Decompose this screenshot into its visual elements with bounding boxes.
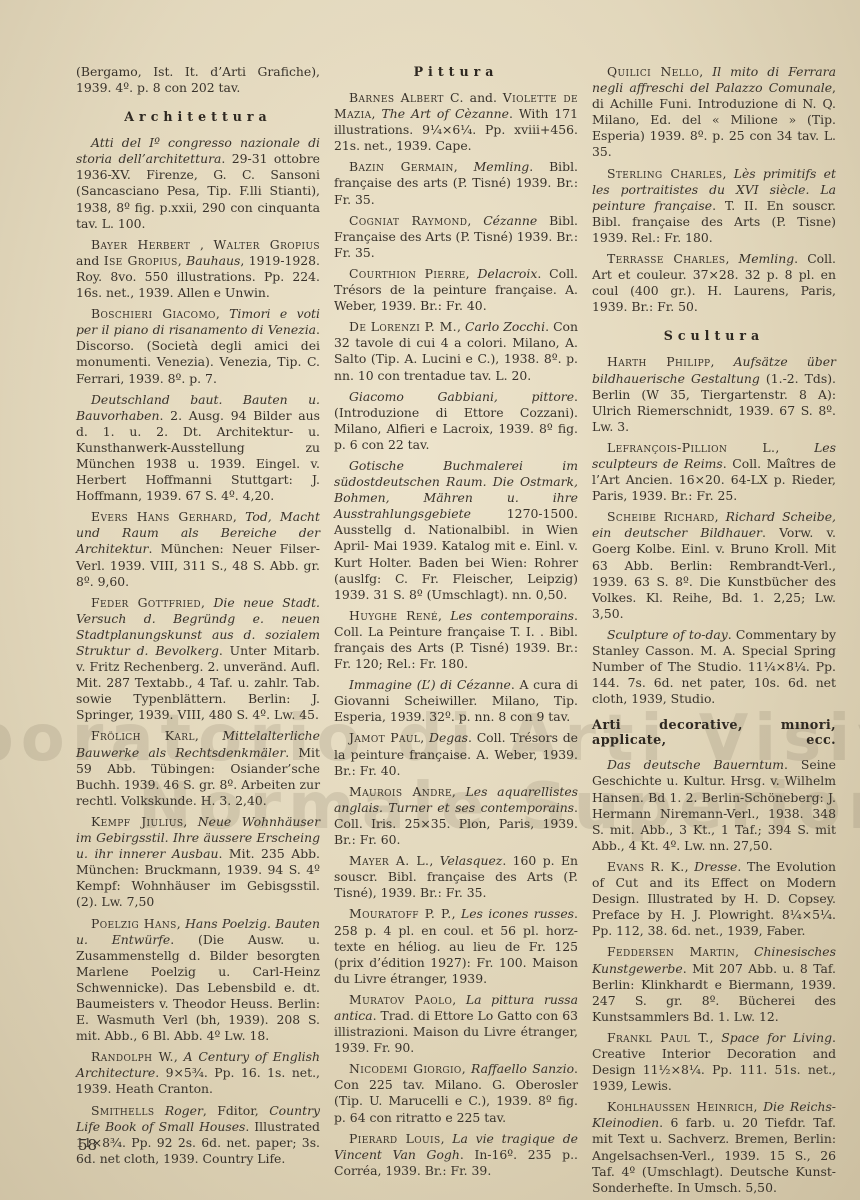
author-name: Evans R. K.: [607, 859, 685, 874]
work-title: Les contemporains: [450, 608, 574, 623]
bibliography-entry: Huyghe René, Les contemporains. Coll. La…: [334, 608, 578, 672]
bibliography-entry: Evans R. K., Dresse. The Evolution of Cu…: [592, 859, 836, 939]
bibliography-entry: Evers Hans Gerhard, Tod, Macht und Raum …: [76, 509, 320, 589]
author-name: Harth Philipp: [607, 354, 711, 369]
entry-text: ,: [699, 64, 712, 79]
subject-heading: Arti decorative, mınori, applicate, ecc.: [592, 718, 836, 748]
entry-text: ,: [201, 595, 213, 610]
entry-text: ,: [711, 354, 734, 369]
entry-text: ,: [709, 1030, 721, 1045]
entry-text: , Fditor,: [203, 1103, 269, 1118]
author-name: Bayer Herbert: [91, 237, 190, 252]
author-name: Barnes Albert C.: [349, 90, 464, 105]
author-name: Frölich Karl: [91, 728, 195, 743]
author-name: Terrasse Charles: [607, 251, 725, 266]
bibliography-entry: Pierard Louis, La vie tragique de Vincen…: [334, 1131, 578, 1179]
author-name: Smithells: [91, 1103, 154, 1118]
entry-text: ,: [715, 509, 726, 524]
author-name: Maurois Andre: [349, 784, 452, 799]
column-1: (Bergamo, Ist. It. d’Arti Grafiche), 193…: [76, 64, 320, 1200]
entry-text: ,: [216, 306, 229, 321]
bibliography-entry: Maurois Andre, Les aquarellistes anglais…: [334, 784, 578, 848]
entry-text: ,: [420, 730, 429, 745]
bibliography-entry: Nicodemi Giorgio, Raffaello Sanzio. Con …: [334, 1061, 578, 1125]
page-number: 58: [78, 1136, 97, 1154]
entry-text: ,: [722, 166, 733, 181]
entry-text: ,: [735, 944, 754, 959]
work-title: Memling: [739, 251, 795, 266]
entry-text: ,: [195, 728, 222, 743]
bibliography-entry: Courthion Pierre, Delacroix. Coll. Tréso…: [334, 266, 578, 314]
author-name: Quilici Nello: [607, 64, 699, 79]
work-title: Bauhaus: [186, 253, 240, 268]
bibliography-entry: Harth Philipp, Aufsätze über bildhaueris…: [592, 354, 836, 434]
bibliography-entry: Mayer A. L., Velasquez. 160 p. En souscr…: [334, 853, 578, 901]
entry-text: ,: [467, 213, 483, 228]
bibliography-entry: Deutschland baut. Bauten u. Bauvorhaben.…: [76, 392, 320, 505]
bibliography-entry: (Bergamo, Ist. It. d’Arti Grafiche), 193…: [76, 64, 320, 96]
author-name: Walter Gropius: [214, 237, 320, 252]
author-name: Poelzig Hans: [91, 916, 177, 931]
entry-text: and: [76, 253, 104, 268]
entry-text: ,: [233, 509, 245, 524]
author-name: Bazin Germain: [349, 159, 454, 174]
work-title: Dresse: [694, 859, 737, 874]
bibliography-entry: Das deutsche Bauerntum. Seine Geschichte…: [592, 757, 836, 854]
work-title: Sculpture of to-day: [607, 627, 728, 642]
author-name: Boschieri Giacomo: [91, 306, 216, 321]
bibliography-entry: Frankl Paul T., Space for Living. Creati…: [592, 1030, 836, 1094]
author-name: Jamot Paul: [349, 730, 420, 745]
bibliography-entry: Bazin Germain, Memling. Bibl. française …: [334, 159, 578, 207]
bibliography-entry: Atti del Iº congresso nazionale di stori…: [76, 135, 320, 232]
work-title: Raffaello Sanzio: [471, 1061, 574, 1076]
author-name: Kempf Jiulius: [91, 814, 183, 829]
entry-text: ,: [466, 266, 478, 281]
entry-text: ,: [452, 784, 466, 799]
work-title: Immagine (L’) di Cézanne: [349, 677, 511, 692]
bibliography-entry: Muratov Paolo, La pittura russa antica. …: [334, 992, 578, 1056]
entry-text: ,: [174, 1049, 184, 1064]
section-heading: Pittura: [334, 64, 578, 79]
bibliography-entry: Immagine (L’) di Cézanne. A cura di Giov…: [334, 677, 578, 725]
work-title: Roger: [165, 1103, 203, 1118]
author-name: Muratov Paolo: [349, 992, 452, 1007]
entry-text: ,: [457, 319, 465, 334]
entry-text: (Bergamo, Ist. It. d’Arti Grafiche), 193…: [76, 64, 320, 95]
entry-text: ,: [754, 1099, 764, 1114]
bibliography-entry: Lefrançois-Pillion L., Les sculpteurs de…: [592, 440, 836, 504]
section-heading: Scultura: [592, 328, 836, 343]
entry-text: [154, 1103, 164, 1118]
bibliography-entry: Quilici Nello, Il mito di Ferrara negli …: [592, 64, 836, 161]
bibliography-entry: Cogniat Raymond, Cézanne Bibl. Française…: [334, 213, 578, 261]
entry-text: ,: [372, 106, 382, 121]
column-3: Quilici Nello, Il mito di Ferrara negli …: [592, 64, 836, 1200]
author-name: Sterling Charles: [607, 166, 722, 181]
bibliography-entry: Terrasse Charles, Memling. Coll. Art et …: [592, 251, 836, 315]
work-title: Carlo Zocchi: [465, 319, 545, 334]
work-title: Das deutsche Bauerntum: [607, 757, 784, 772]
work-title: Cézanne: [483, 213, 537, 228]
entry-text: ,: [685, 859, 695, 874]
work-title: Space for Living: [721, 1030, 832, 1045]
author-name: Feder Gottfried: [91, 595, 201, 610]
entry-text: ,: [178, 253, 186, 268]
entry-text: ,: [183, 814, 197, 829]
author-name: Lefrançois-Pillion L.: [607, 440, 775, 455]
bibliography-entry: Smithells Roger, Fditor, Country Life Bo…: [76, 1103, 320, 1167]
author-name: De Lorenzi P. M.: [349, 319, 457, 334]
bibliography-entry: Randolph W., A Century of English Archit…: [76, 1049, 320, 1097]
bibliography-entry: Sterling Charles, Lès primitifs et les p…: [592, 166, 836, 246]
entry-text: ,: [454, 159, 474, 174]
entry-text: ,: [438, 608, 450, 623]
bibliography-entry: Sculpture of to-day. Commentary by Stanl…: [592, 627, 836, 707]
bibliography-entry: Barnes Albert C. and. Violette de Mazia,…: [334, 90, 578, 154]
author-name: Ise Gropius: [104, 253, 178, 268]
section-heading: Architettura: [76, 109, 320, 124]
author-name: Scheibe Richard: [607, 509, 715, 524]
work-title: The Art of Cèzanne: [381, 106, 509, 121]
entry-text: ,: [452, 992, 466, 1007]
author-name: Evers Hans Gerhard: [91, 509, 233, 524]
entry-text: ,: [775, 440, 814, 455]
work-title: Velasquez: [440, 853, 503, 868]
bibliography-entry: Gotische Buchmalerei im südostdeutschen …: [334, 458, 578, 603]
bibliography-entry: Scheibe Richard, Richard Scheibe, ein de…: [592, 509, 836, 622]
text-columns: (Bergamo, Ist. It. d’Arti Grafiche), 193…: [76, 64, 836, 1200]
bibliography-entry: Frölich Karl, Mittelalterliche Bauwerke …: [76, 728, 320, 808]
author-name: Huyghe René: [349, 608, 438, 623]
entry-text: ,: [462, 1061, 471, 1076]
entry-text: ,: [190, 237, 213, 252]
entry-text: ,: [441, 1131, 453, 1146]
author-name: Mayer A. L.: [349, 853, 429, 868]
entry-text: ,: [429, 853, 439, 868]
bibliography-entry: Feddersen Martin, Chinesisches Kunstgewe…: [592, 944, 836, 1024]
bibliography-entry: Jamot Paul, Degas. Coll. Trésors de la p…: [334, 730, 578, 778]
entry-text: ,: [177, 916, 185, 931]
work-title: Les icones russes: [461, 906, 574, 921]
entry-text: ,: [452, 906, 461, 921]
author-name: Pierard Louis: [349, 1131, 441, 1146]
author-name: Frankl Paul T.: [607, 1030, 709, 1045]
bibliography-entry: Giacomo Gabbiani, pittore. (Introduzione…: [334, 389, 578, 453]
scanned-bibliography-page: Laboratorio di Arti Visive Normale Super…: [0, 0, 860, 1200]
author-name: Randolph W.: [91, 1049, 174, 1064]
work-title: Giacomo Gabbiani, pittore: [349, 389, 574, 404]
work-title: Degas: [429, 730, 468, 745]
work-title: Delacroix: [477, 266, 537, 281]
bibliography-entry: Kohlhaussen Heinrich, Die Reichs-Kleinod…: [592, 1099, 836, 1196]
work-title: Memling: [474, 159, 530, 174]
bibliography-entry: Boschieri Giacomo, Timori e voti per il …: [76, 306, 320, 386]
bibliography-entry: Bayer Herbert , Walter Gropius and Ise G…: [76, 237, 320, 301]
column-2: PitturaBarnes Albert C. and. Violette de…: [334, 64, 578, 1200]
author-name: Nicodemi Giorgio: [349, 1061, 462, 1076]
entry-text: . (Die Ausw. u. Zusammenstellg d. Bilder…: [76, 932, 320, 1044]
bibliography-entry: Mouratoff P. P., Les icones russes. 258 …: [334, 906, 578, 986]
bibliography-entry: Kempf Jiulius, Neue Wohnhäuser im Gebirg…: [76, 814, 320, 911]
entry-text: and.: [464, 90, 503, 105]
author-name: Mouratoff P. P.: [349, 906, 452, 921]
author-name: Courthion Pierre: [349, 266, 466, 281]
entry-text: ,: [725, 251, 738, 266]
bibliography-entry: Poelzig Hans, Hans Poelzig. Bauten u. En…: [76, 916, 320, 1045]
bibliography-entry: Feder Gottfried, Die neue Stadt. Versuch…: [76, 595, 320, 724]
author-name: Cogniat Raymond: [349, 213, 467, 228]
author-name: Feddersen Martin: [607, 944, 735, 959]
author-name: Kohlhaussen Heinrich: [607, 1099, 754, 1114]
bibliography-entry: De Lorenzi P. M., Carlo Zocchi. Con 32 t…: [334, 319, 578, 383]
